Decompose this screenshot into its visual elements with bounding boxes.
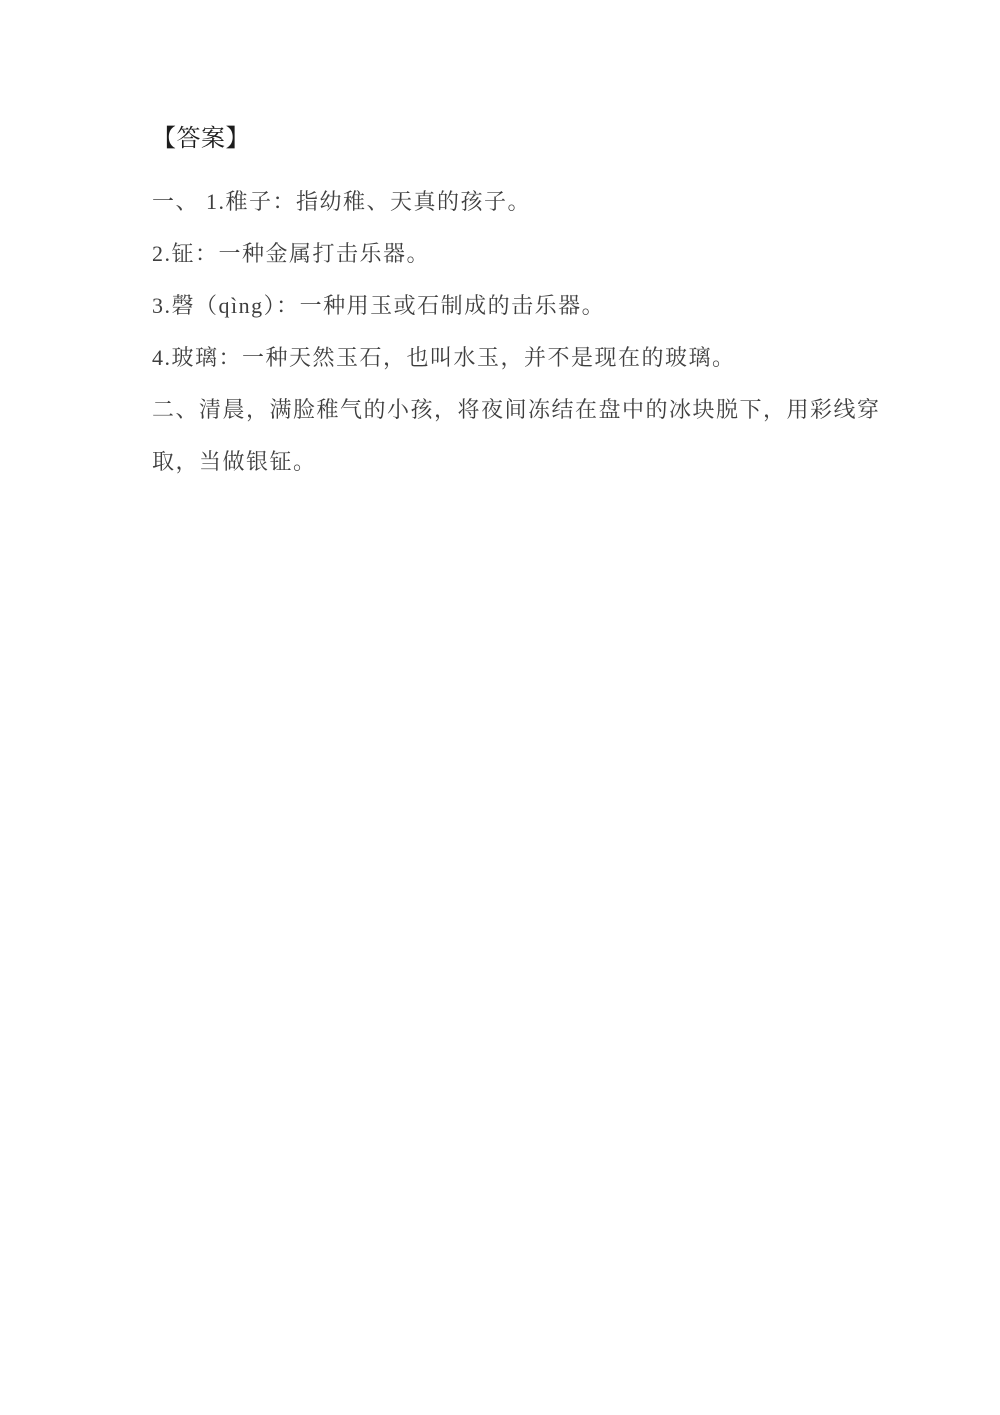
answer-section-title: 【答案】 <box>152 122 892 156</box>
answer-section: 【答案】 一、 1.稚子：指幼稚、天真的孩子。 2.钲：一种金属打击乐器。 3.… <box>152 122 892 488</box>
answer-line-4: 4.玻璃：一种天然玉石，也叫水玉，并不是现在的玻璃。 <box>152 332 882 384</box>
answer-line-2: 2.钲：一种金属打击乐器。 <box>152 228 882 280</box>
answer-line-1: 一、 1.稚子：指幼稚、天真的孩子。 <box>152 176 882 228</box>
answer-line-3: 3.磬（qìng）：一种用玉或石制成的击乐器。 <box>152 280 882 332</box>
answer-line-5: 二、清晨，满脸稚气的小孩，将夜间冻结在盘中的冰块脱下，用彩线穿取，当做银钲。 <box>152 384 882 488</box>
document-page: 【答案】 一、 1.稚子：指幼稚、天真的孩子。 2.钲：一种金属打击乐器。 3.… <box>0 0 1000 1415</box>
